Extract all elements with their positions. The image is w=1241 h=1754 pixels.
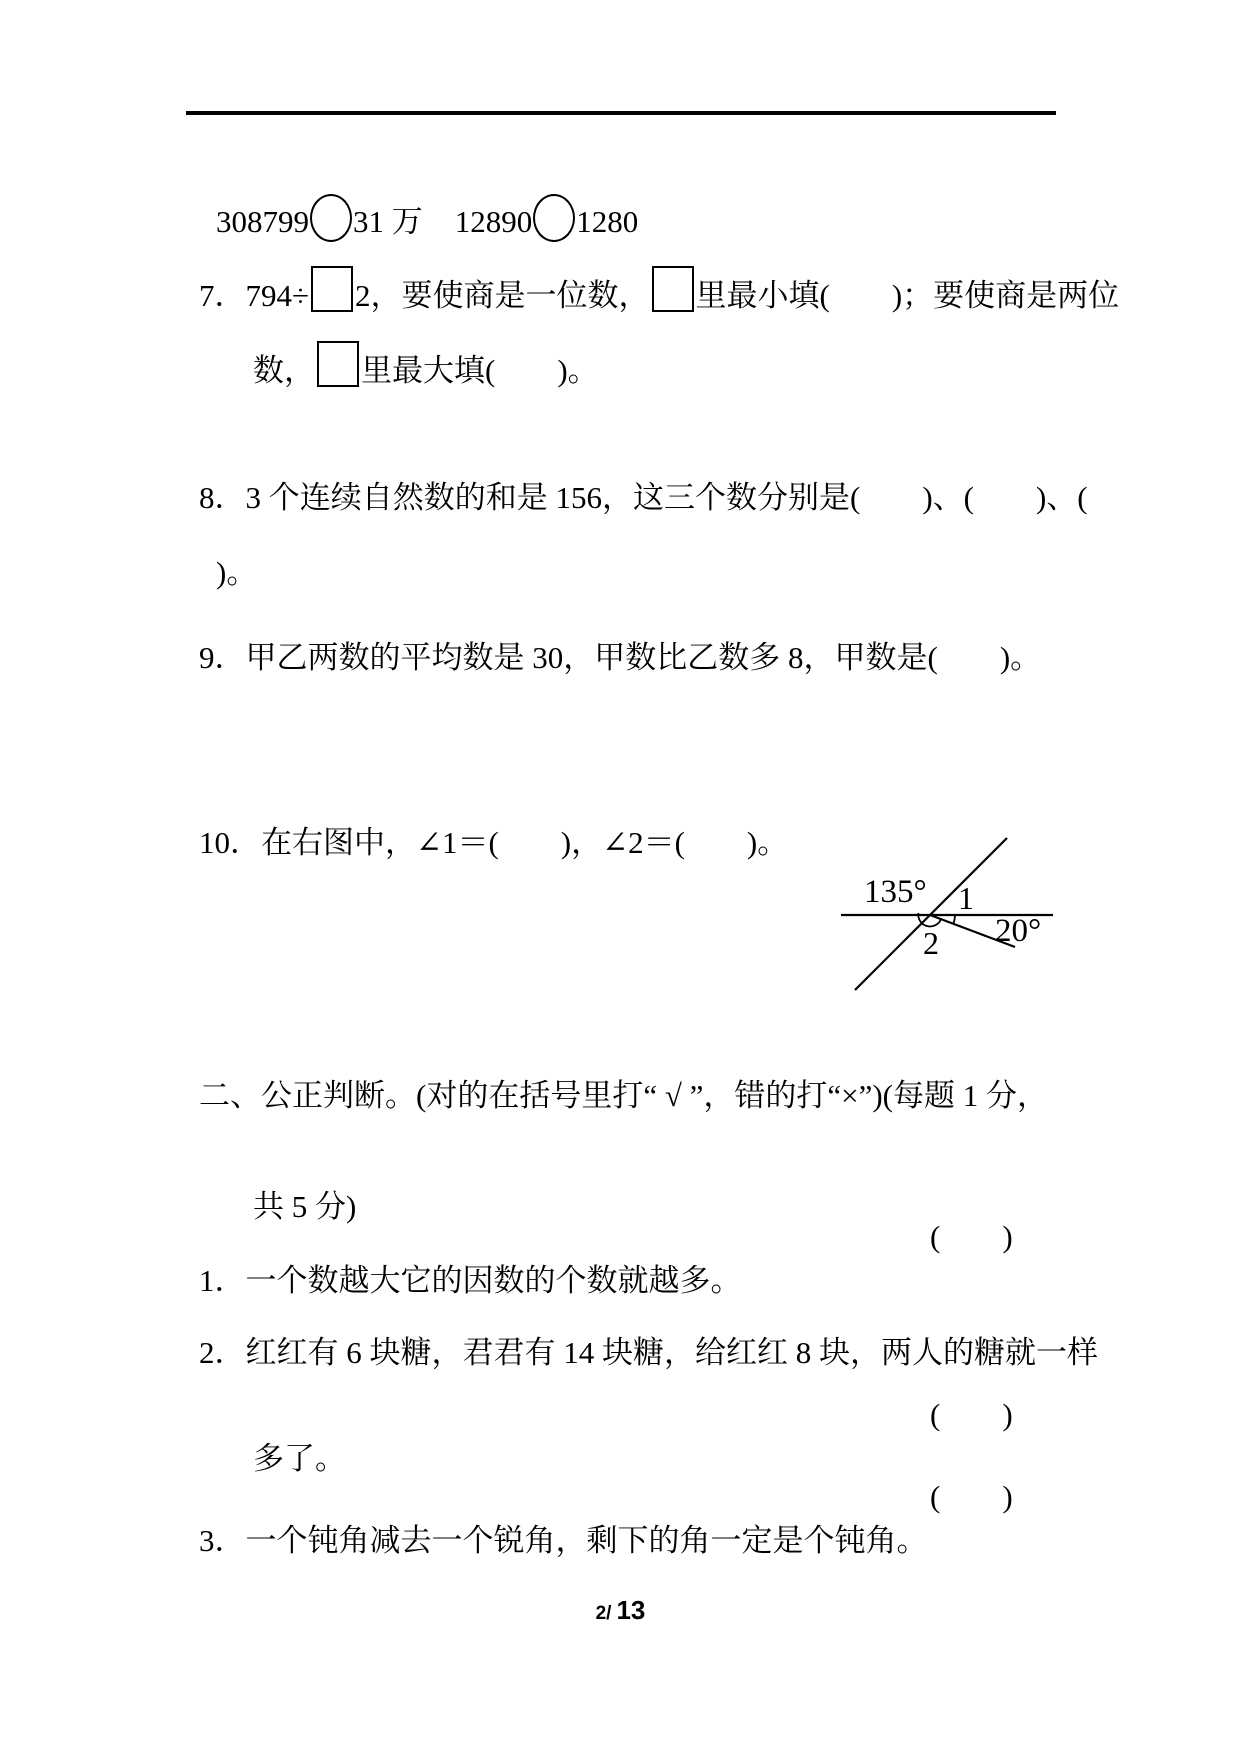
q10-text: 10．在右图中，∠1＝( )，∠2＝( )。 [199, 825, 788, 860]
label-angle-1: 1 [958, 882, 974, 914]
judgement-2-text: 2．红红有 6 块糖，君君有 14 块糖，给红红 8 块，两人的糖就一样 [199, 1335, 1098, 1370]
exam-page: 30879931 万128901280 7．794÷2，要使商是一位数，里最小填… [0, 0, 1241, 1754]
question-7-line-2: 数，里最大填( )。 [0, 297, 1241, 437]
judgement-3-text: 3．一个钝角减去一个锐角，剩下的角一定是个钝角。 [199, 1523, 928, 1558]
question-9-line: 9．甲乙两数的平均数是 30，甲数比乙数多 8，甲数是( )。 [0, 592, 1241, 724]
header-rule [186, 111, 1056, 115]
judgement-2-text-cont: 多了。 [253, 1441, 346, 1476]
page-number: 2/ [596, 1604, 612, 1623]
judgement-3-answer-blank: ( ) [930, 1475, 1013, 1519]
q7-line2-tail: 里最大填( )。 [361, 353, 599, 388]
q7-line2-prefix: 数， [253, 353, 315, 388]
page-footer: 2/13 [596, 1597, 646, 1623]
blank-box [317, 341, 359, 387]
label-angle-2: 2 [923, 927, 939, 959]
q9-text: 9．甲乙两数的平均数是 30，甲数比乙数多 8，甲数是( )。 [199, 640, 1041, 675]
20-degree-arc [953, 915, 955, 924]
label-20-degrees: 20° [995, 915, 1041, 948]
judgement-2-answer-blank: ( ) [930, 1393, 1013, 1437]
angle-diagram: 135° 1 2 20° [836, 830, 1058, 1010]
q8-text-cont: )。 [216, 555, 257, 590]
page-total: 13 [616, 1597, 645, 1623]
judgement-1-answer-blank: ( ) [930, 1215, 1013, 1259]
section-2-title: 二、公正判断。(对的在括号里打“ √ ”，错的打“×”)(每题 1 分， [199, 1078, 1048, 1113]
label-135-degrees: 135° [864, 876, 927, 909]
